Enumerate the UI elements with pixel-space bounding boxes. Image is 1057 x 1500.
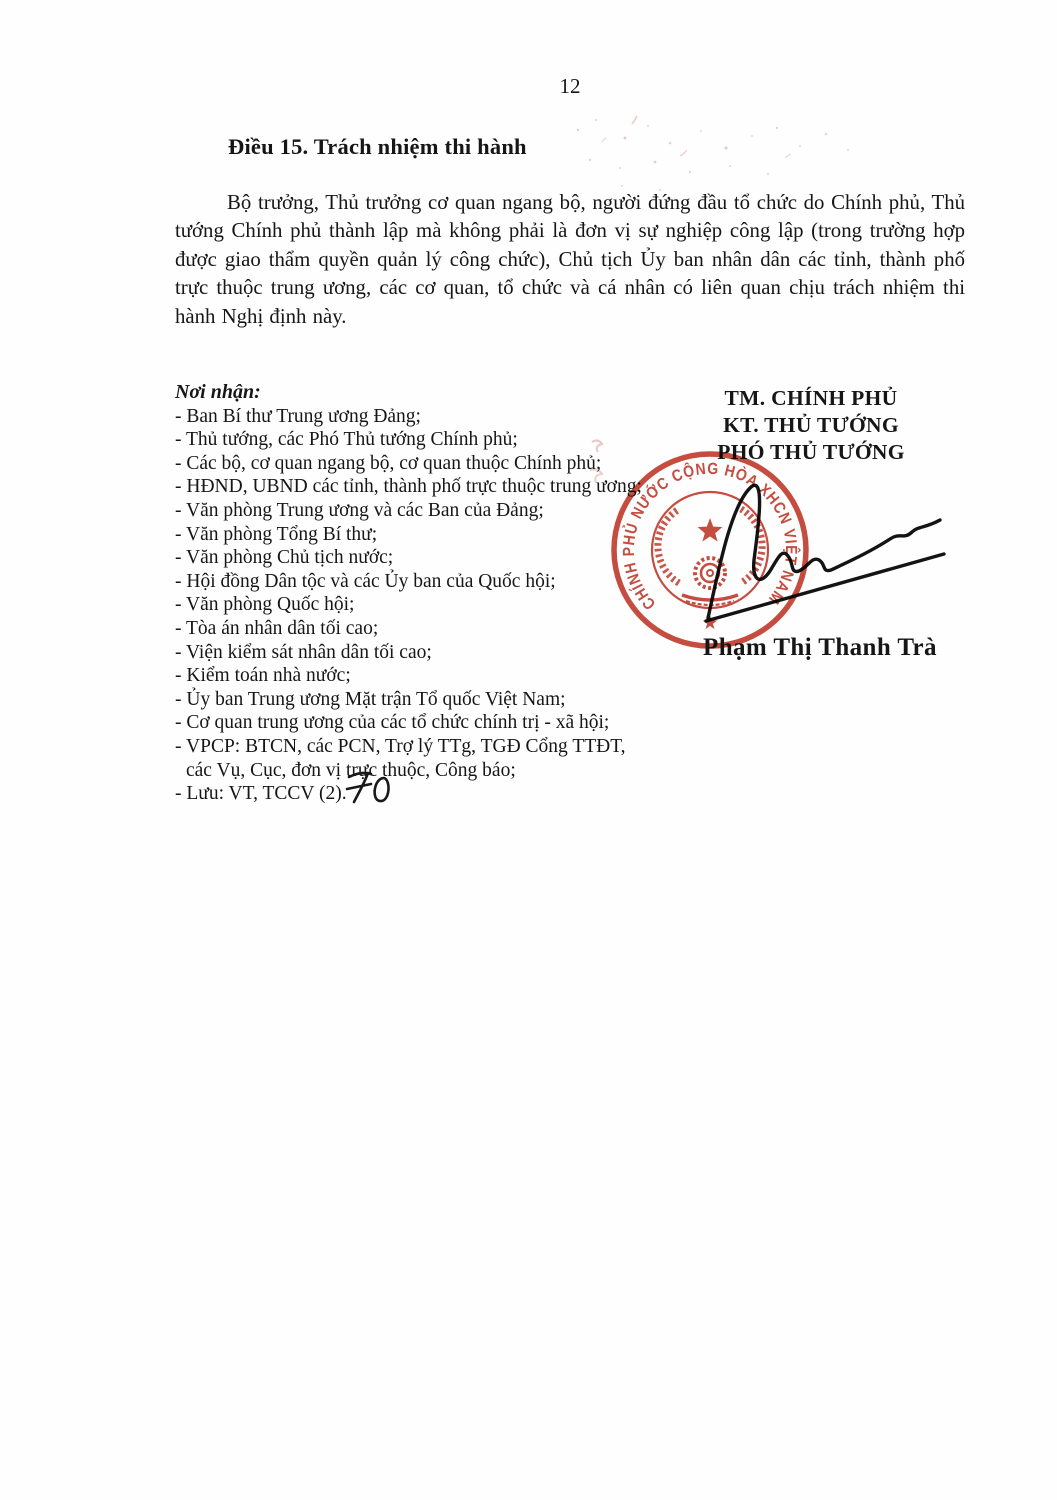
recipient-item: - VPCP: BTCN, các PCN, Trợ lý TTg, TGĐ C… [175,735,695,759]
authority-line: TM. CHÍNH PHỦ [640,385,982,412]
recipient-item: - Lưu: VT, TCCV (2). [175,782,695,806]
document-page: 12 Điều 15. Trách nhiệm thi hành Bộ trưở… [0,0,1057,1500]
handwritten-signature [688,468,954,633]
recipient-item: các Vụ, Cục, đơn vị trực thuộc, Công báo… [175,759,695,783]
recipient-item: - Kiểm toán nhà nước; [175,664,695,688]
article-heading: Điều 15. Trách nhiệm thi hành [228,134,527,160]
recipient-item: - Ủy ban Trung ương Mặt trận Tổ quốc Việ… [175,688,695,712]
page-number: 12 [175,74,965,99]
recipients-label: Nơi nhận: [175,381,695,405]
recipient-item: - Ban Bí thư Trung ương Đảng; [175,405,695,429]
red-speckles-decoration [530,98,890,198]
article-body-paragraph: Bộ trưởng, Thủ trưởng cơ quan ngang bộ, … [175,189,965,331]
signer-name: Phạm Thị Thanh Trà [655,634,985,662]
capacity-line: KT. THỦ TƯỚNG [640,412,982,439]
handwritten-note-70 [344,766,394,808]
recipient-item: - Cơ quan trung ương của các tổ chức chí… [175,711,695,735]
